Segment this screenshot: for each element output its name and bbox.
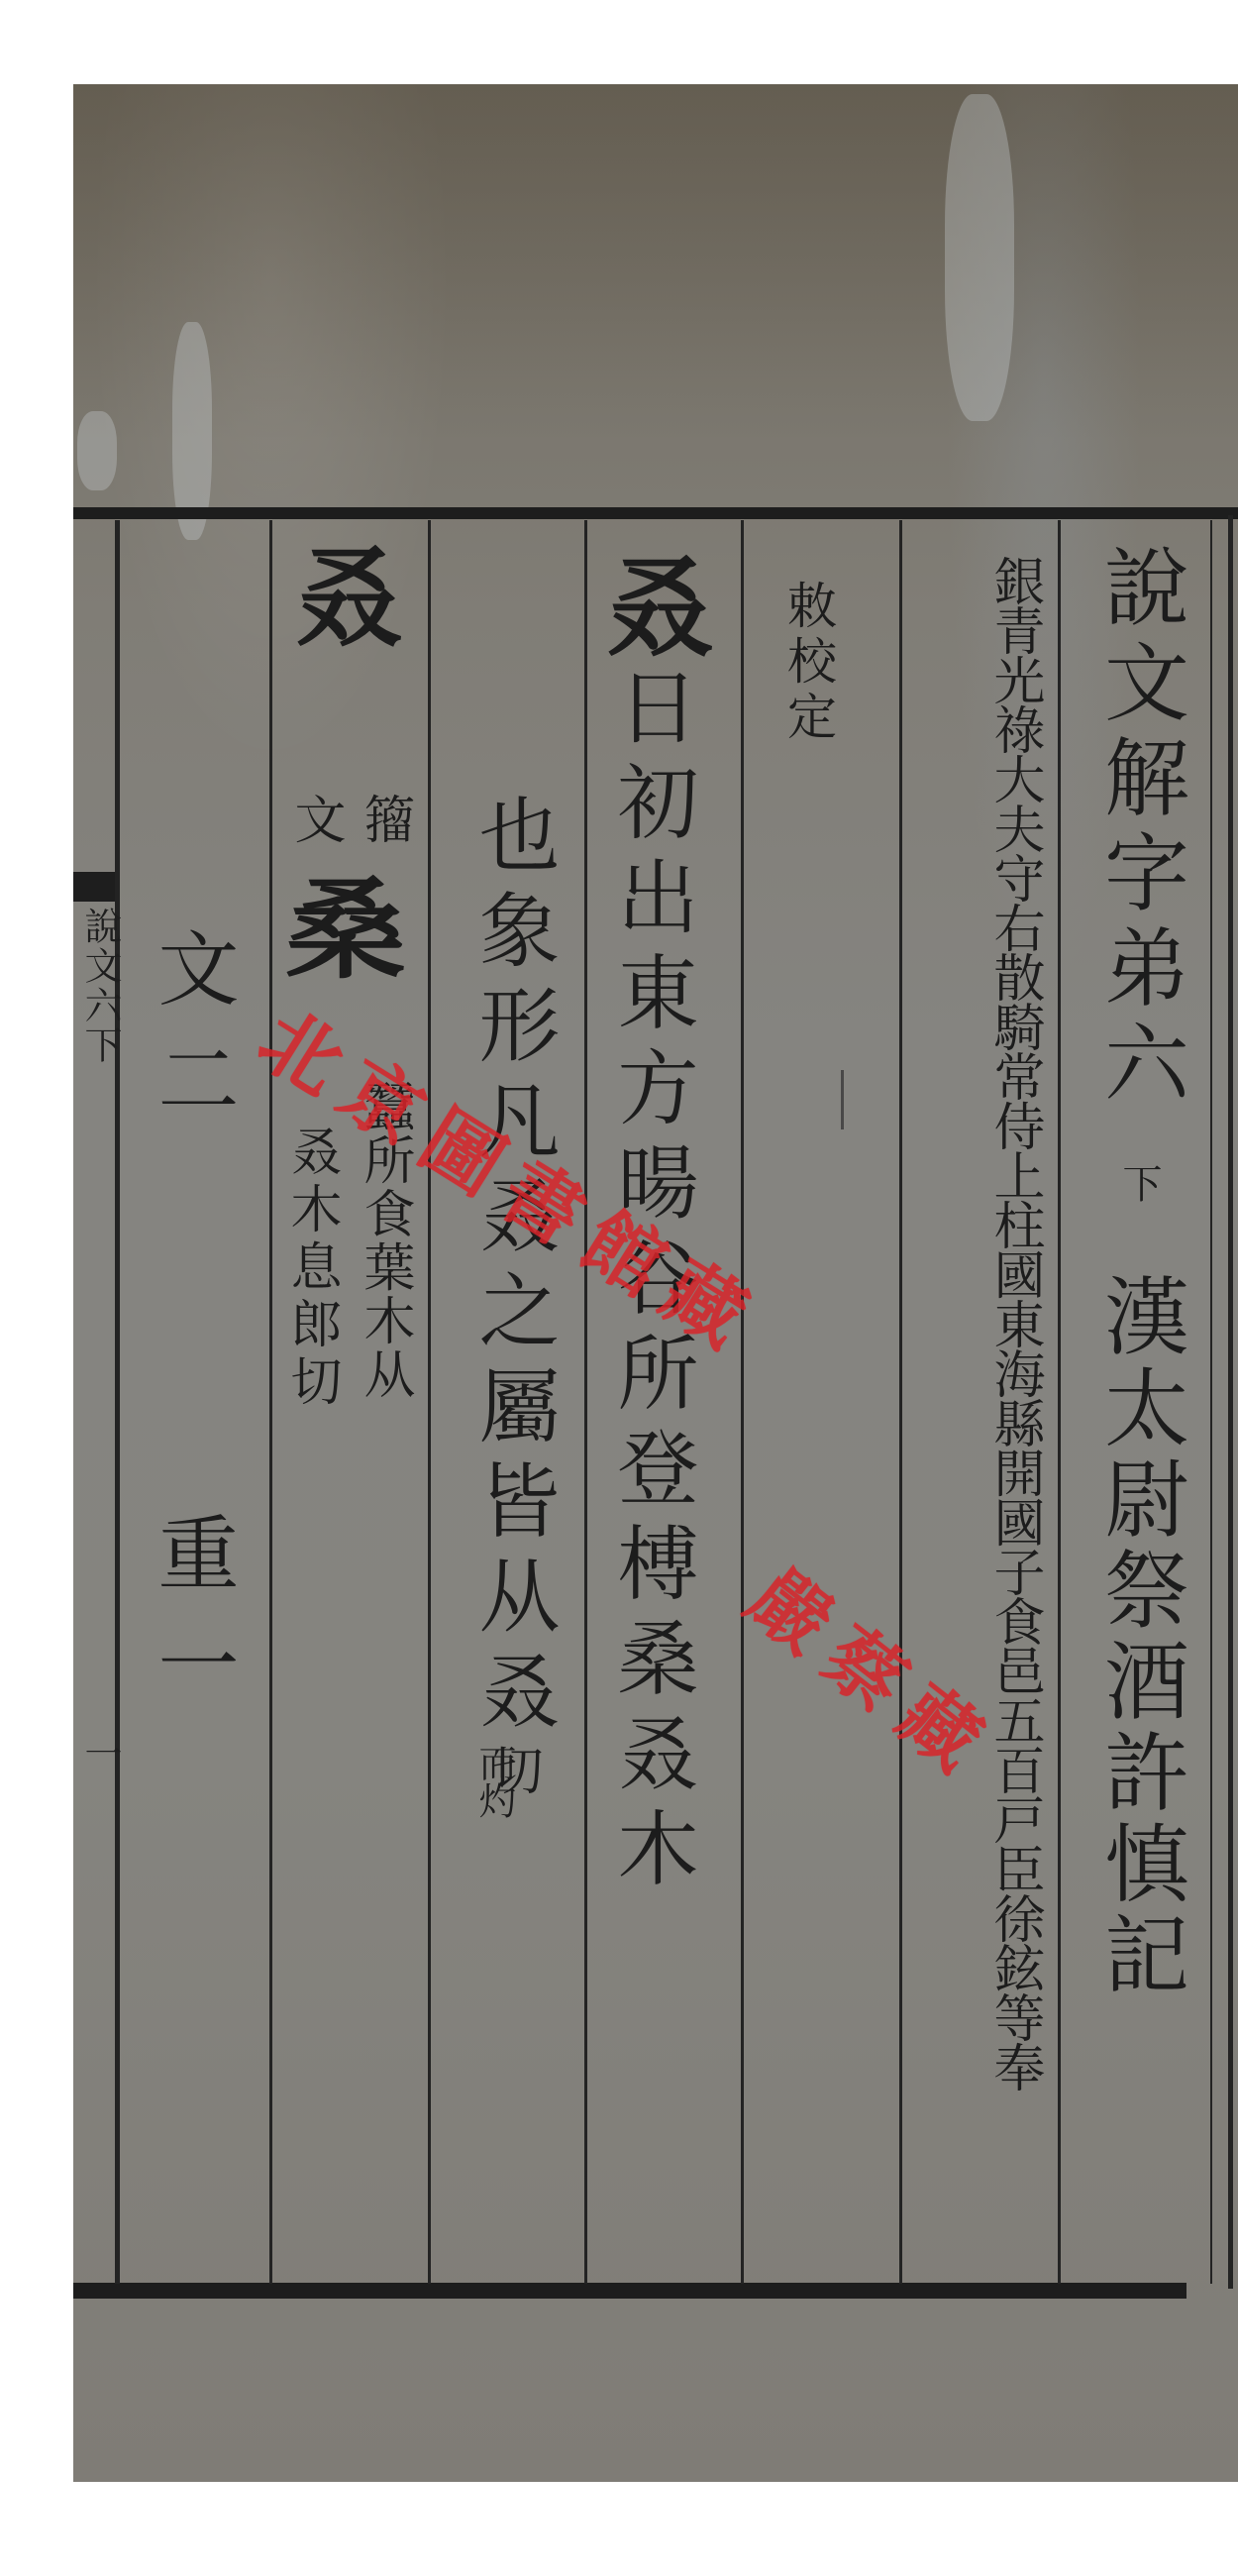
sang-definition-left: 叒木息郎切 <box>289 1125 349 1412</box>
water-stain <box>73 84 1238 441</box>
book-title: 說文解字弟六 <box>1089 543 1188 1114</box>
seal-script-glyph-ruo: 叒 <box>587 550 715 665</box>
frame-left-rule <box>115 520 120 2284</box>
paper-tear <box>77 411 117 490</box>
column-rule <box>741 520 744 2284</box>
summary-wen-count: 文二 <box>141 926 250 1148</box>
entry-continuation-column: 也象形凡叒之屬皆从叒 而灼 切 <box>442 793 570 2279</box>
fanqie-reading-small: 而灼 <box>467 1744 522 1819</box>
fold-margin-page-number: 一 <box>73 1734 128 1771</box>
zhouwen-label-left: 文 <box>297 793 353 846</box>
frame-inner-right-rule <box>1210 520 1212 2284</box>
summary-chong-count: 重一 <box>141 1511 250 1733</box>
column-rule <box>1058 520 1061 2284</box>
fold-margin-block <box>73 872 115 902</box>
column-rule <box>269 520 272 2284</box>
paper-tear <box>945 94 1014 421</box>
seal-script-glyph-sang: 桑 <box>291 872 422 987</box>
zhouwen-label-right: 籀 <box>366 793 422 846</box>
entry-ruo-column: 叒日初出東方暘谷所登榑桑叒木 <box>600 550 729 2279</box>
small-ink-mark <box>841 1070 844 1129</box>
fold-margin-title: 說文六下 <box>73 907 128 1065</box>
frame-right-rule <box>1228 515 1233 2289</box>
title-column: 說文解字弟六下漢太尉祭酒許慎記 <box>1072 543 1200 2279</box>
seal-script-glyph-ruo-zhou: 叒 <box>276 540 404 655</box>
author-line: 漢太尉祭酒許慎記 <box>1089 1272 1188 2001</box>
volume-part: 下 <box>1116 1163 1162 1203</box>
column-rule <box>899 520 902 2284</box>
editor-credit-column: 銀青光祿大夫守右散騎常侍上柱國東海縣開國子食邑五百戸臣徐鉉等奉 <box>921 555 1040 2279</box>
top-border-rule <box>73 507 1238 519</box>
imperial-collation-note: 敕校定 <box>784 580 844 2279</box>
entry-definition-continued: 也象形凡叒之屬皆从叒 <box>465 793 560 1744</box>
column-rule <box>428 520 431 2284</box>
bottom-border-rule <box>73 2283 1186 2299</box>
